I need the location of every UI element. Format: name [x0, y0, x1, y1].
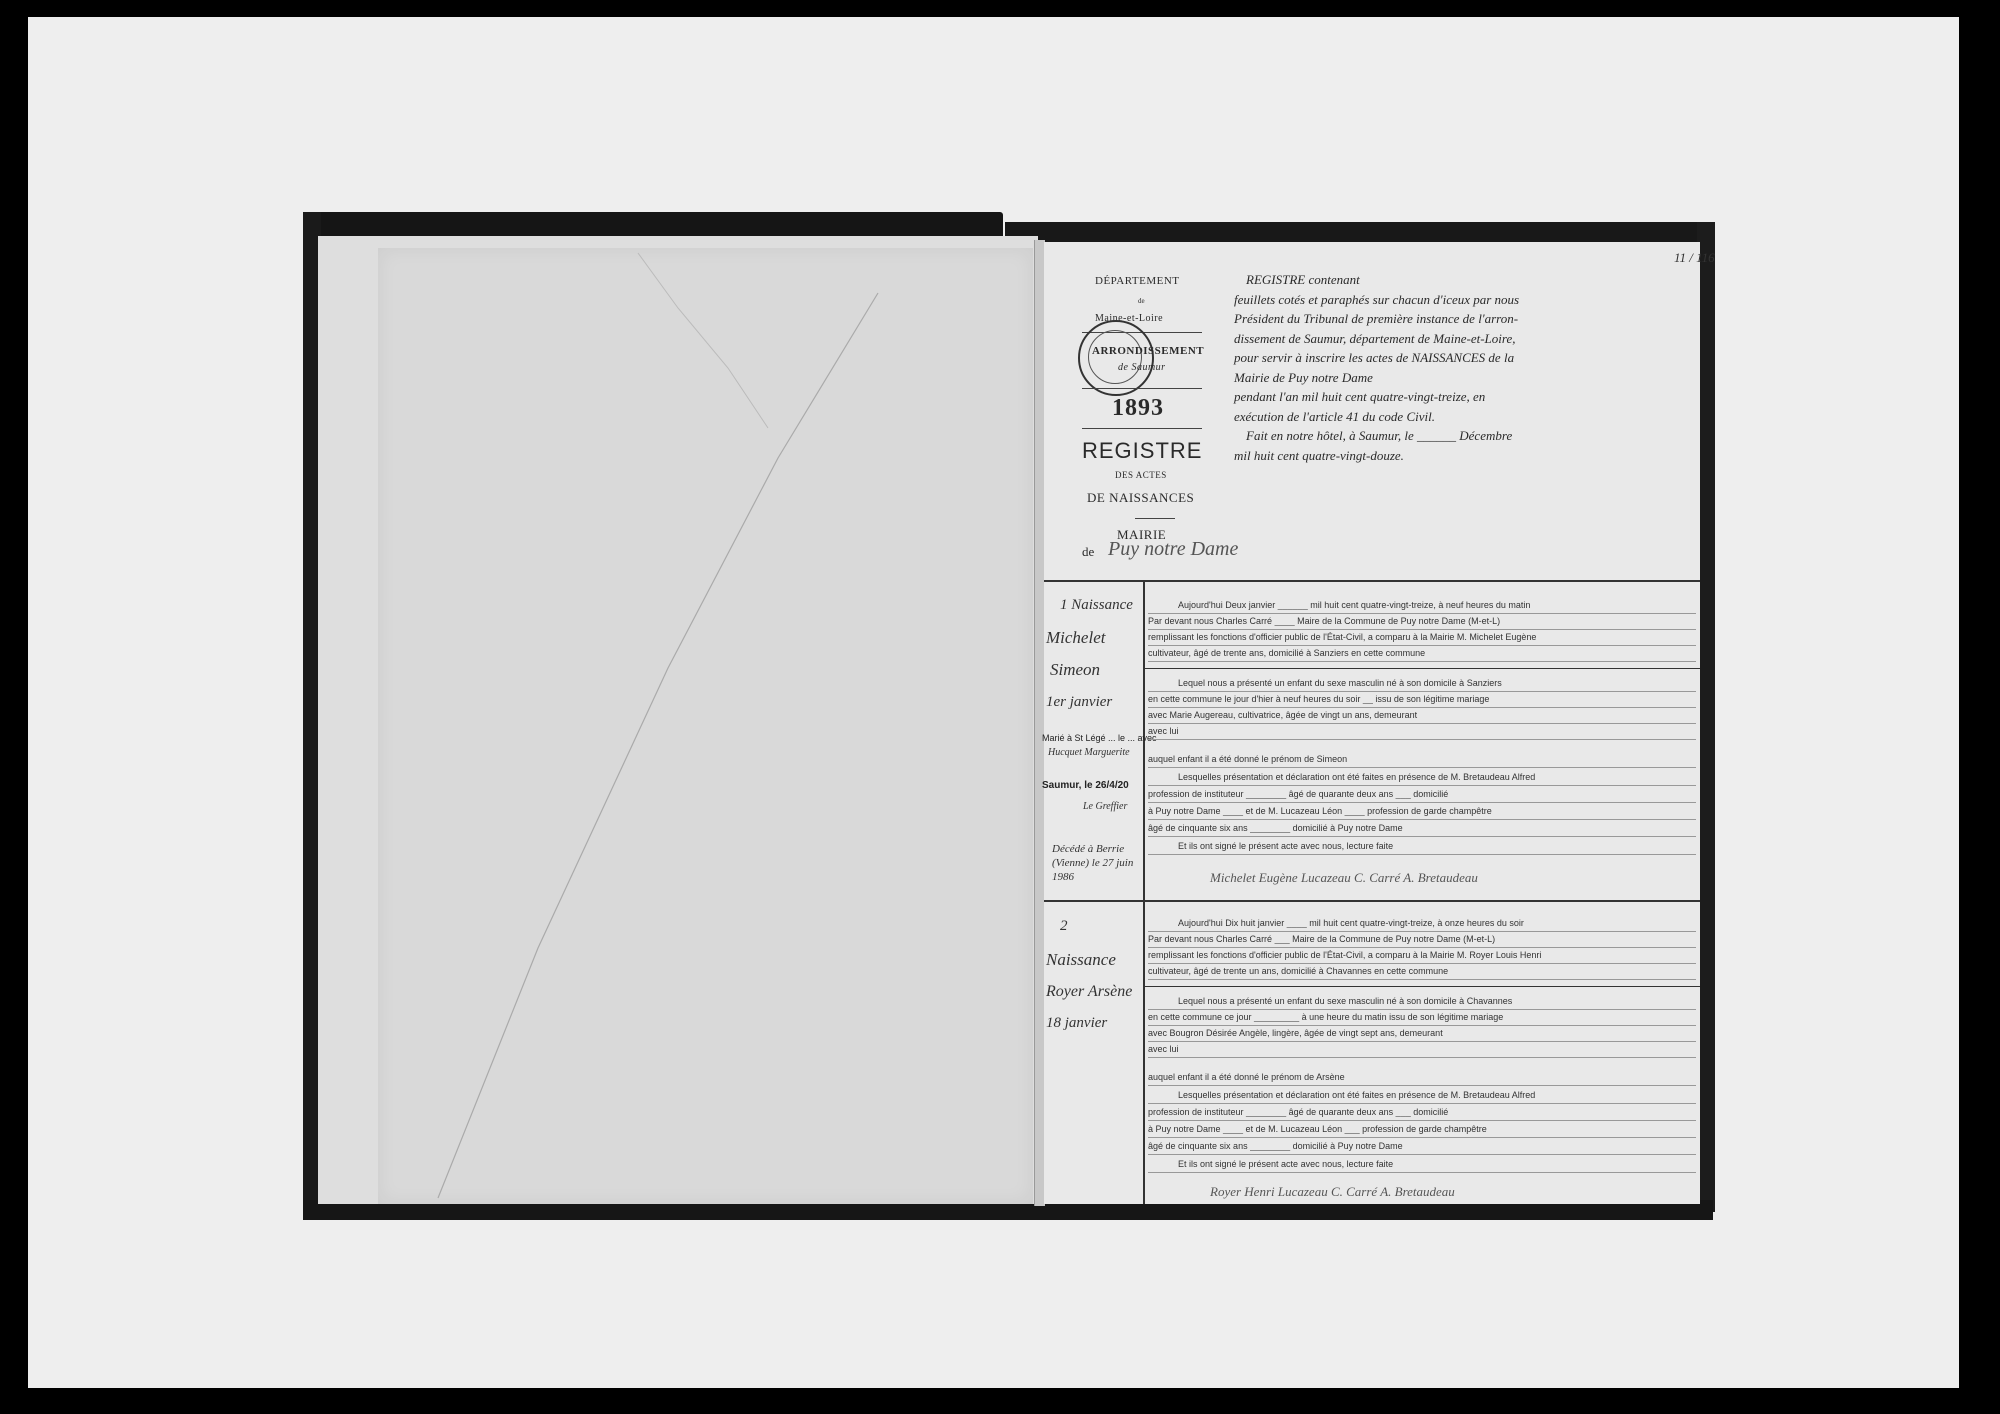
entry-line: Lequel nous a présenté un enfant du sexe…: [1178, 996, 1694, 1006]
entry-line: à Puy notre Dame ____ et de M. Lucazeau …: [1148, 1124, 1694, 1134]
ruled-line: [1148, 1120, 1696, 1121]
preamble-line: mil huit cent quatre-vingt-douze.: [1234, 446, 1569, 466]
entry-line: remplissant les fonctions d'officier pub…: [1148, 950, 1694, 960]
entry-line: avec lui: [1148, 1044, 1694, 1054]
preamble-line: exécution de l'article 41 du code Civil.: [1234, 407, 1569, 427]
entry-line: Lesquelles présentation et déclaration o…: [1178, 1090, 1694, 1100]
entry-line: Et ils ont signé le présent acte avec no…: [1178, 841, 1694, 851]
ruled-line: [1148, 707, 1696, 708]
ruled-line: [1148, 819, 1696, 820]
ruled-line: [1148, 1103, 1696, 1104]
entry-2-label: Naissance: [1046, 950, 1116, 970]
ruled-line: [1148, 947, 1696, 948]
arrondissement-name: de Saumur: [1118, 362, 1166, 373]
arrondissement-label: ARRONDISSEMENT: [1092, 345, 1204, 357]
ruled-line: [1148, 645, 1696, 646]
entry-line: avec Marie Augereau, cultivatrice, âgée …: [1148, 710, 1694, 720]
entry-line: auquel enfant il a été donné le prénom d…: [1148, 1072, 1694, 1082]
mairie-name: Puy notre Dame: [1108, 538, 1238, 561]
preamble-text: REGISTRE contenantfeuillets cotés et par…: [1234, 270, 1569, 465]
entry-2-date: 18 janvier: [1046, 1015, 1107, 1032]
entry-1-saumur-line: Saumur, le 26/4/20: [1042, 780, 1129, 791]
folio-number: 11 / 116: [1674, 250, 1715, 266]
margin-column-divider: [1143, 582, 1145, 1204]
entry-1-date: 1er janvier: [1046, 694, 1112, 711]
ruled-line: [1148, 1057, 1696, 1058]
preamble-line: feuillets cotés et paraphés sur chacun d…: [1234, 290, 1569, 310]
entry-2-name: Royer Arsène: [1046, 983, 1132, 1001]
preamble-line: REGISTRE contenant: [1234, 270, 1569, 290]
entry-line: Lequel nous a présenté un enfant du sexe…: [1178, 678, 1694, 688]
entry-divider: [1044, 900, 1700, 902]
ruled-line: [1148, 1025, 1696, 1026]
preamble-line: dissement de Saumur, département de Main…: [1234, 329, 1569, 349]
entry-line: en cette commune ce jour _________ à une…: [1148, 1012, 1694, 1022]
ruled-line: [1148, 1085, 1696, 1086]
entry-line: Aujourd'hui Deux janvier ______ mil huit…: [1178, 600, 1694, 610]
de-naissances-label: DE NAISSANCES: [1087, 490, 1194, 506]
ruled-line: [1148, 963, 1696, 964]
entry-1-marriage-spouse: Hucquet Marguerite: [1048, 747, 1130, 758]
entry-2-signatures: Royer Henri Lucazeau C. Carré A. Bretaud…: [1210, 1184, 1455, 1200]
ruled-line: [1148, 1137, 1696, 1138]
preamble-line: Mairie de Puy notre Dame: [1234, 368, 1569, 388]
register-year: 1893: [1112, 395, 1164, 422]
book-cover-top-right: [1005, 222, 1715, 244]
ruled-line: [1148, 691, 1696, 692]
preamble-line: Fait en notre hôtel, à Saumur, le ______…: [1234, 426, 1569, 446]
entry-line: Lesquelles présentation et déclaration o…: [1178, 772, 1694, 782]
ruled-line: [1148, 767, 1696, 768]
ruled-line: [1148, 1172, 1696, 1173]
entry-line: auquel enfant il a été donné le prénom d…: [1148, 754, 1694, 764]
entry-line: à Puy notre Dame ____ et de M. Lucazeau …: [1148, 806, 1694, 816]
entry-line: remplissant les fonctions d'officier pub…: [1148, 632, 1694, 642]
book-cover-top-left: [303, 212, 1003, 238]
registre-title: REGISTRE: [1082, 438, 1202, 464]
entry-line: avec Bougron Désirée Angèle, lingère, âg…: [1148, 1028, 1694, 1038]
entry-line: profession de instituteur ________ âgé d…: [1148, 1107, 1694, 1117]
entry-line: avec lui: [1148, 726, 1694, 736]
departement-de: de: [1138, 297, 1145, 305]
ruled-line: [1148, 802, 1696, 803]
entry-1-marriage-note: Marié à St Légé ... le ... avec: [1042, 733, 1157, 743]
entry-1-given-name: Simeon: [1050, 660, 1100, 680]
entry-1-signatures: Michelet Eugène Lucazeau C. Carré A. Bre…: [1210, 870, 1478, 886]
entry-line: cultivateur, âgé de trente ans, domicili…: [1148, 648, 1694, 658]
entry-line: profession de instituteur ________ âgé d…: [1148, 789, 1694, 799]
ruled-line: [1148, 723, 1696, 724]
ruled-line: [1148, 931, 1696, 932]
ruled-line: [1148, 613, 1696, 614]
entry-2-number: 2: [1060, 918, 1068, 935]
entry-1-surname: Michelet: [1046, 628, 1105, 648]
ruled-line: [1148, 854, 1696, 855]
republique-francaise-stamp: [1078, 320, 1154, 396]
entry-line: Et ils ont signé le présent acte avec no…: [1178, 1159, 1694, 1169]
ruled-line: [1148, 1154, 1696, 1155]
entry-line: Par devant nous Charles Carré ____ Maire…: [1148, 616, 1694, 626]
entry-1-number: 1 Naissance: [1060, 597, 1133, 614]
paragraph-divider: [1145, 986, 1700, 987]
ruled-line: [1148, 1041, 1696, 1042]
ruled-line: [1148, 1009, 1696, 1010]
mairie-de: de: [1082, 544, 1094, 560]
preamble-line: Président du Tribunal de première instan…: [1234, 309, 1569, 329]
ruled-line: [1148, 739, 1696, 740]
entry-line: Par devant nous Charles Carré ___ Maire …: [1148, 934, 1694, 944]
paragraph-divider: [1145, 668, 1700, 669]
entry-line: âgé de cinquante six ans ________ domici…: [1148, 823, 1694, 833]
tissue-fold-line: [378, 248, 1033, 1204]
entry-1-death-note: Décédé à Berrie (Vienne) le 27 juin 1986: [1052, 842, 1142, 884]
entry-line: cultivateur, âgé de trente un ans, domic…: [1148, 966, 1694, 976]
preamble-line: pour servir à inscrire les actes de NAIS…: [1234, 348, 1569, 368]
ruled-line: [1148, 785, 1696, 786]
des-actes-label: DES ACTES: [1115, 470, 1167, 480]
departement-label: DÉPARTEMENT: [1095, 275, 1180, 287]
entry-line: âgé de cinquante six ans ________ domici…: [1148, 1141, 1694, 1151]
tissue-paper-sheet: [378, 248, 1033, 1204]
entry-line: Aujourd'hui Dix huit janvier ____ mil hu…: [1178, 918, 1694, 928]
ruled-line: [1148, 661, 1696, 662]
preamble-line: pendant l'an mil huit cent quatre-vingt-…: [1234, 387, 1569, 407]
entry-line: en cette commune le jour d'hier à neuf h…: [1148, 694, 1694, 704]
ruled-line: [1148, 979, 1696, 980]
ruled-line: [1148, 629, 1696, 630]
entry-1-greffier: Le Greffier: [1083, 801, 1127, 812]
ruled-line: [1148, 836, 1696, 837]
